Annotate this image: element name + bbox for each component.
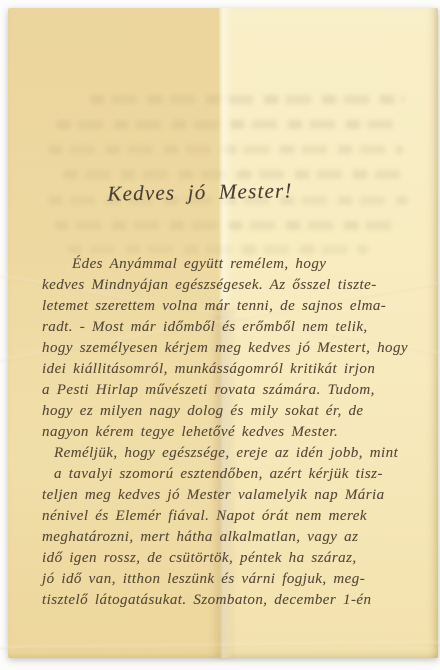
letter-body-line: jó idő van, itthon leszünk és várni fogj… (42, 569, 434, 590)
letter-body-line: teljen meg kedves jó Mester valamelyik n… (42, 485, 434, 506)
letter-body-line: nagyon kérem tegye lehetővé kedves Meste… (42, 422, 434, 443)
letter-body: Édes Anyámmal együtt remélem, hogykedves… (42, 254, 434, 611)
letter-body-line: meghatározni, mert hátha alkalmatlan, va… (42, 527, 434, 548)
letter-body-line: a tavalyi szomorú esztendőben, azért kér… (42, 464, 434, 485)
letter-body-line: nénivel és Elemér fiával. Napot órát nem… (42, 506, 434, 527)
letter-body-line: a Pesti Hirlap művészeti rovata számára.… (42, 380, 434, 401)
letter-body-line: tisztelő látogatásukat. Szombaton, decem… (42, 590, 434, 611)
letter-body-line: idei kiállitásomról, munkásságomról krit… (42, 359, 434, 380)
letter-paper: Kedves jó Mester! Édes Anyámmal együtt r… (8, 8, 438, 658)
letter-body-line: hogy személyesen kérjem meg kedves jó Me… (42, 338, 434, 359)
letter-body-line: letemet szerettem volna már tenni, de sa… (42, 296, 434, 317)
letter-body-line: radt. - Most már időmből és erőmből nem … (42, 317, 434, 338)
letter-body-line: Reméljük, hogy egészsége, ereje az idén … (42, 443, 434, 464)
letter-body-line: idő igen rossz, de csütörtök, péntek ha … (42, 548, 434, 569)
letter-body-line: kedves Mindnyájan egészségesek. Az őssze… (42, 275, 434, 296)
letter-body-line: Édes Anyámmal együtt remélem, hogy (42, 254, 434, 275)
letter-body-line: hogy ez milyen nagy dolog és mily sokat … (42, 401, 434, 422)
photo-background: Kedves jó Mester! Édes Anyámmal együtt r… (0, 0, 440, 670)
letter-salutation: Kedves jó Mester! (70, 178, 330, 208)
